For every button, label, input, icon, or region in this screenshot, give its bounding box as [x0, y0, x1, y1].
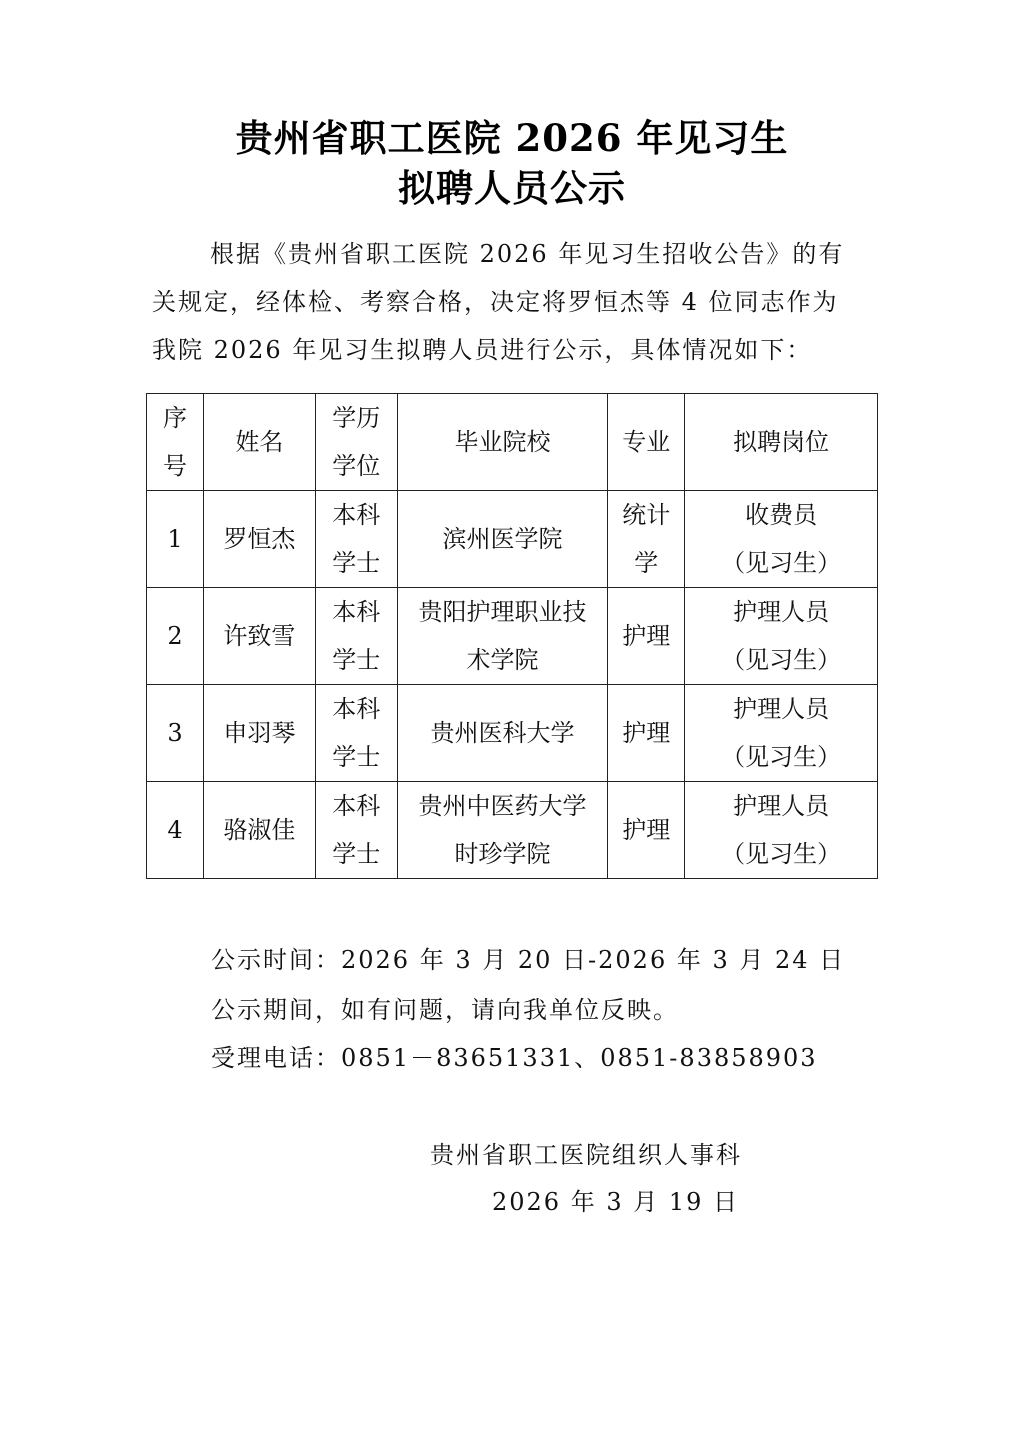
cell-major: 护理	[608, 782, 685, 879]
cell-position: 护理人员（见习生）	[685, 685, 878, 782]
cell-degree: 本科学士	[315, 685, 397, 782]
signature-org: 贵州省职工医院组织人事科	[430, 1135, 742, 1170]
cell-no: 4	[147, 782, 204, 879]
header-seq: 序号	[147, 394, 204, 491]
cell-name: 罗恒杰	[203, 491, 315, 588]
header-school: 毕业院校	[397, 394, 608, 491]
header-name: 姓名	[203, 394, 315, 491]
signature-date: 2026 年 3 月 19 日	[492, 1182, 739, 1217]
cell-degree: 本科学士	[315, 588, 397, 685]
cell-no: 2	[147, 588, 204, 685]
cell-name: 许致雪	[203, 588, 315, 685]
table-row: 1 罗恒杰 本科学士 滨州医学院 统计学 收费员（见习生）	[147, 491, 878, 588]
intro-line-2: 关规定，经体检、考察合格，决定将罗恒杰等 4 位同志作为	[152, 278, 872, 326]
notice-period: 公示时间：2026 年 3 月 20 日-2026 年 3 月 24 日	[211, 940, 845, 975]
cell-position: 收费员（见习生）	[685, 491, 878, 588]
cell-school: 滨州医学院	[397, 491, 608, 588]
cell-major: 护理	[608, 685, 685, 782]
header-major: 专业	[608, 394, 685, 491]
document-title-line1: 贵州省职工医院 2026 年见习生	[0, 108, 1024, 162]
table-row: 2 许致雪 本科学士 贵阳护理职业技术学院 护理 护理人员（见习生）	[147, 588, 878, 685]
intro-line-1: 根据《贵州省职工医院 2026 年见习生招收公告》的有	[210, 240, 844, 268]
cell-position: 护理人员（见习生）	[685, 588, 878, 685]
cell-position: 护理人员（见习生）	[685, 782, 878, 879]
cell-school: 贵阳护理职业技术学院	[397, 588, 608, 685]
cell-school: 贵州医科大学	[397, 685, 608, 782]
cell-name: 申羽琴	[203, 685, 315, 782]
notice-feedback: 公示期间，如有问题，请向我单位反映。	[211, 990, 679, 1025]
cell-major: 统计学	[608, 491, 685, 588]
cell-no: 1	[147, 491, 204, 588]
table-row: 3 申羽琴 本科学士 贵州医科大学 护理 护理人员（见习生）	[147, 685, 878, 782]
table-header-row: 序号 姓名 学历学位 毕业院校 专业 拟聘岗位	[147, 394, 878, 491]
intro-paragraph: 根据《贵州省职工医院 2026 年见习生招收公告》的有 关规定，经体检、考察合格…	[152, 230, 872, 374]
table-row: 4 骆淑佳 本科学士 贵州中医药大学时珍学院 护理 护理人员（见习生）	[147, 782, 878, 879]
cell-degree: 本科学士	[315, 782, 397, 879]
header-position: 拟聘岗位	[685, 394, 878, 491]
notice-phone: 受理电话：0851－83651331、0851-83858903	[211, 1038, 818, 1073]
cell-no: 3	[147, 685, 204, 782]
cell-degree: 本科学士	[315, 491, 397, 588]
document-title-line2: 拟聘人员公示	[0, 158, 1024, 212]
cell-name: 骆淑佳	[203, 782, 315, 879]
intro-line-3: 我院 2026 年见习生拟聘人员进行公示，具体情况如下：	[152, 326, 872, 374]
cell-major: 护理	[608, 588, 685, 685]
cell-school: 贵州中医药大学时珍学院	[397, 782, 608, 879]
header-degree: 学历学位	[315, 394, 397, 491]
candidates-table: 序号 姓名 学历学位 毕业院校 专业 拟聘岗位 1 罗恒杰 本科学士 滨州医学院…	[146, 393, 878, 879]
